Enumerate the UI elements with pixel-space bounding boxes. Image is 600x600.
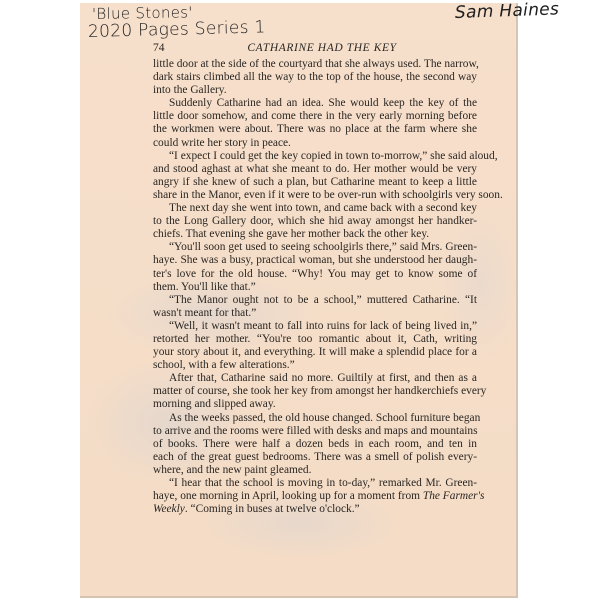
text-line: to arrive and the rooms were filled with… bbox=[153, 425, 477, 438]
text-line: haye, one morning in April, looking up f… bbox=[153, 490, 477, 503]
running-title: CATHARINE HAD THE KEY bbox=[153, 42, 477, 54]
paragraph: “I expect I could get the key copied in … bbox=[153, 150, 477, 202]
text-line: angry if she knew of such a plan, but Ca… bbox=[153, 176, 477, 189]
paragraph: Suddenly Catharine had an idea. She woul… bbox=[153, 97, 477, 149]
text-line: matter of course, she took her key from … bbox=[153, 385, 477, 398]
body-text: little door at the side of the courtyard… bbox=[153, 58, 477, 516]
paragraph: little door at the side of the courtyard… bbox=[153, 58, 477, 97]
paragraph: “Well, it wasn't meant to fall into ruin… bbox=[153, 320, 477, 372]
text-line: share in the Manor, even if it were to b… bbox=[153, 189, 477, 202]
text-line: wasn't meant for that.” bbox=[153, 307, 477, 320]
text-line: “I hear that the school is moving in to-… bbox=[153, 477, 477, 490]
text-line: “The Manor ought not to be a school,” mu… bbox=[153, 294, 477, 307]
text-line: could write her story in peace. bbox=[153, 137, 477, 150]
text-line: retorted her mother. “You're too romanti… bbox=[153, 333, 477, 346]
text-line: school, with a few alterations.” bbox=[153, 359, 477, 372]
text-line: little door somehow, and come there in t… bbox=[153, 110, 477, 123]
paragraph: As the weeks passed, the old house chang… bbox=[153, 412, 477, 477]
text-line: them. You'll like that.” bbox=[153, 281, 477, 294]
handwritten-signature: Sam Haines bbox=[455, 0, 560, 23]
paragraph: “You'll soon get used to seeing schoolgi… bbox=[153, 241, 477, 293]
paragraph: The next day she went into town, and cam… bbox=[153, 202, 477, 241]
paragraph: “I hear that the school is moving in to-… bbox=[153, 477, 477, 516]
text-line: where, and the new paint gleamed. bbox=[153, 464, 477, 477]
text-line: each of the great guest bedrooms. There … bbox=[153, 451, 477, 464]
paragraph: After that, Catharine said no more. Guil… bbox=[153, 372, 477, 411]
text-line: ter's love for the old house. “Why! You … bbox=[153, 268, 477, 281]
text-line: morning and slipped away. bbox=[153, 398, 477, 411]
text-line: and stood aghast at what she meant to do… bbox=[153, 163, 477, 176]
paragraph: “The Manor ought not to be a school,” mu… bbox=[153, 294, 477, 320]
text-line: to the Long Gallery door, which she hid … bbox=[153, 215, 477, 228]
text-line: chiefs. That evening she gave her mother… bbox=[153, 228, 477, 241]
text-line: “Well, it wasn't meant to fall into ruin… bbox=[153, 320, 477, 333]
text-line: haye. She was a busy, practical woman, b… bbox=[153, 254, 477, 267]
text-line: the workmen were about. There was no pla… bbox=[153, 123, 477, 136]
text-line: Weekly. “Coming in buses at twelve o'clo… bbox=[153, 503, 477, 516]
text-line: your story about it, and everything. It … bbox=[153, 346, 477, 359]
text-line: Suddenly Catharine had an idea. She woul… bbox=[153, 97, 477, 110]
text-line: little door at the side of the courtyard… bbox=[153, 58, 477, 71]
text-line: The next day she went into town, and cam… bbox=[153, 202, 477, 215]
text-line: into the Gallery. bbox=[153, 84, 477, 97]
text-line: dark stairs climbed all the way to the t… bbox=[153, 71, 477, 84]
text-line: After that, Catharine said no more. Guil… bbox=[153, 372, 477, 385]
text-line: of books. There were half a dozen beds i… bbox=[153, 438, 477, 451]
text-line: As the weeks passed, the old house chang… bbox=[153, 412, 477, 425]
text-line: “I expect I could get the key copied in … bbox=[153, 150, 477, 163]
text-line: “You'll soon get used to seeing schoolgi… bbox=[153, 241, 477, 254]
running-head: 74 CATHARINE HAD THE KEY bbox=[153, 42, 477, 56]
